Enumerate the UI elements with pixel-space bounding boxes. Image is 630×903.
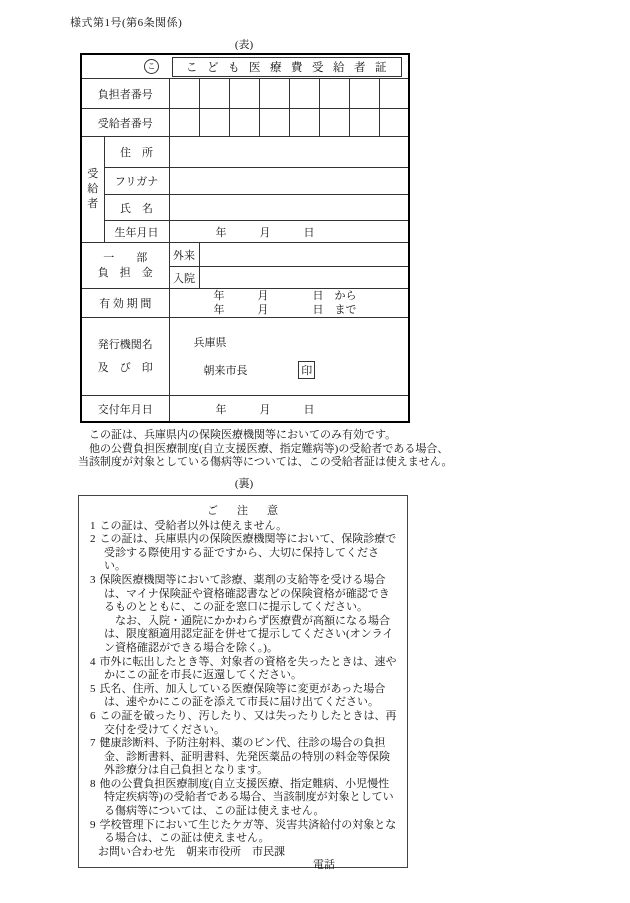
payer-number-cell xyxy=(259,79,289,109)
back-notice-box: ご 注 意 1この証は、受給者以外は使えません。 2この証は、兵庫県内の保険医療… xyxy=(78,495,408,868)
notice-item-9: 9学校管理下において生じたケガ等、災害共済給付の対象となる場合は、この証は使えま… xyxy=(90,819,399,846)
notice-item-3: 3保険医療機関等において診療、薬剤の支給等を受ける場合は、マイナ保険証や資格確認… xyxy=(90,574,399,615)
issue-date-label: 交付年月日 xyxy=(81,396,169,423)
notice-item-6: 6この証を破ったり、汚したり、又は失ったりしたときは、再交付を受けてください。 xyxy=(90,710,399,737)
notice-item-1: 1この証は、受給者以外は使えません。 xyxy=(90,520,399,534)
birthdate-row: 生年月日 年 月 日 xyxy=(81,221,409,243)
notice-item-8: 8他の公費負担医療制度(自立支援医療、指定難病、小児慢性特定疾病等)の受給者であ… xyxy=(90,778,399,819)
recipient-number-cell xyxy=(379,109,409,137)
birthdate-value-cell: 年 月 日 xyxy=(169,221,409,243)
recipient-number-cell xyxy=(349,109,379,137)
furigana-label: フリガナ xyxy=(104,168,169,195)
recipient-number-row: 受給者番号 xyxy=(81,109,409,137)
notice-header: ご 注 意 xyxy=(90,505,399,519)
footnote-line: 他の公費負担医療制度(自立支援医療、指定難病等)の受給者である場合、 xyxy=(78,443,423,457)
recipient-number-label: 受給者番号 xyxy=(81,109,169,137)
payer-number-cell xyxy=(199,79,229,109)
issuer-label: 発行機関名 及 び 印 xyxy=(81,318,169,396)
payer-number-cell xyxy=(169,79,199,109)
recipient-number-cell xyxy=(259,109,289,137)
address-value-cell xyxy=(169,137,409,168)
copay-outpatient-row: 一 部 負 担 金 外来 xyxy=(81,243,409,267)
seal-box: 印 xyxy=(298,361,315,379)
issuer-prefecture: 兵庫県 xyxy=(170,334,409,350)
phone-label: 電話 xyxy=(313,859,399,873)
name-row: 氏 名 xyxy=(81,195,409,221)
footnote-line: 当該制度が対象としている傷病等については、この受給者証は使えません。 xyxy=(78,456,423,470)
recipient-number-cell xyxy=(229,109,259,137)
payer-number-cell xyxy=(229,79,259,109)
copay-label: 一 部 負 担 金 xyxy=(81,243,169,289)
footnote-line: この証は、兵庫県内の保険医療機関等においてのみ有効です。 xyxy=(78,429,423,443)
back-side-label: (裏) xyxy=(80,475,408,491)
birthdate-label: 生年月日 xyxy=(104,221,169,243)
contact-line: お問い合わせ先 朝来市役所 市民課 xyxy=(90,846,399,860)
valid-period-label: 有 効 期 間 xyxy=(81,289,169,318)
front-side-label: (表) xyxy=(80,36,408,52)
name-label: 氏 名 xyxy=(104,195,169,221)
payer-number-cell-bold xyxy=(349,79,379,109)
recipient-number-cell xyxy=(199,109,229,137)
notice-item-3-supplement: なお、入院・通院にかかわらず医療費が高額になる場合は、限度額適用認定証を併せて提… xyxy=(90,615,399,656)
notice-item-2: 2この証は、兵庫県内の保険医療機関等において、保険診療で受診する際使用する証です… xyxy=(90,533,399,574)
recipient-number-cell xyxy=(319,109,349,137)
certificate-title-row: こ こども医療費受給者証 xyxy=(81,54,409,79)
address-label: 住 所 xyxy=(104,137,169,168)
ko-circle-mark: こ xyxy=(144,59,159,74)
inpatient-value-cell xyxy=(199,267,409,289)
name-value-cell xyxy=(169,195,409,221)
recipient-number-cell xyxy=(169,109,199,137)
valid-period-value-cell: 年 月 日 から 年 月 日 まで xyxy=(169,289,409,318)
furigana-row: フリガナ xyxy=(81,168,409,195)
form-number: 様式第1号(第6条関係) xyxy=(70,14,182,30)
certificate-title: こども医療費受給者証 xyxy=(172,57,402,77)
furigana-value-cell xyxy=(169,168,409,195)
notice-item-4: 4市外に転出したとき等、対象者の資格を失ったときは、速やかにこの証を市長に返還し… xyxy=(90,656,399,683)
issue-date-value-cell: 年 月 日 xyxy=(169,396,409,423)
address-row: 受 給 者 住 所 xyxy=(81,137,409,168)
form-page: 様式第1号(第6条関係) (表) こ こども医療費受給者証 負担者番号 xyxy=(0,0,630,903)
outpatient-label: 外来 xyxy=(169,243,199,267)
outpatient-value-cell xyxy=(199,243,409,267)
payer-number-cell-bold xyxy=(289,79,319,109)
payer-number-row: 負担者番号 xyxy=(81,79,409,109)
issuer-value-cell: 兵庫県 朝来市長 印 xyxy=(169,318,409,396)
notice-item-7: 7健康診断料、予防注射料、薬のビン代、往診の場合の負担金、診断書料、証明書料、先… xyxy=(90,737,399,778)
payer-number-cell xyxy=(379,79,409,109)
issue-date-row: 交付年月日 年 月 日 xyxy=(81,396,409,423)
payer-number-label: 負担者番号 xyxy=(81,79,169,109)
issuer-row: 発行機関名 及 び 印 兵庫県 朝来市長 印 xyxy=(81,318,409,396)
notice-item-5: 5氏名、住所、加入している医療保険等に変更があった場合は、速やかにこの証を添えて… xyxy=(90,683,399,710)
recipient-group-label: 受 給 者 xyxy=(81,137,104,243)
issuer-mayor: 朝来市長 xyxy=(204,365,248,377)
valid-period-row: 有 効 期 間 年 月 日 から 年 月 日 まで xyxy=(81,289,409,318)
front-certificate-table: こ こども医療費受給者証 負担者番号 受給者番号 xyxy=(80,53,410,423)
front-footnote: この証は、兵庫県内の保険医療機関等においてのみ有効です。 他の公費負担医療制度(… xyxy=(78,429,423,470)
payer-number-cell-bold xyxy=(319,79,349,109)
inpatient-label: 入院 xyxy=(169,267,199,289)
recipient-number-cell xyxy=(289,109,319,137)
